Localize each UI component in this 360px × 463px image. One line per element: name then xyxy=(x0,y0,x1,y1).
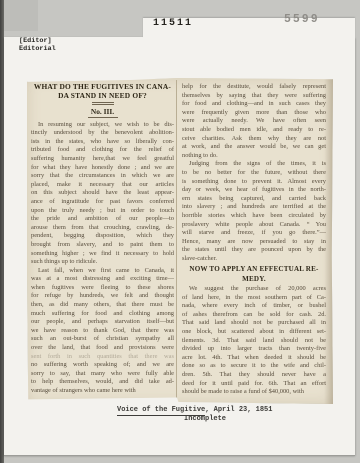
newsprint-line: divided up into larger tracts than twent… xyxy=(182,345,326,354)
newsprint-line: day or week, we hear of fugitives in the… xyxy=(182,186,326,195)
newsprint-line: suffering humanity here,that we feel gre… xyxy=(31,155,174,164)
newsprint-line: ern states being captured, and carried b… xyxy=(182,195,326,204)
ornament-rule-2 xyxy=(88,117,118,118)
newsprint-line: is something done to prevent it. Almost … xyxy=(182,178,326,187)
newsprint-line: tinctly understood by the benevolent abo… xyxy=(31,129,174,138)
newspaper-clipping: WHAT DO THE FUGITIVES IN CANA- DA STAND … xyxy=(27,78,333,404)
caption-date: , April 23, 1851 xyxy=(205,406,272,414)
newsprint-line: the states until they are pounced upon b… xyxy=(182,246,326,255)
caption-note: Incomplete xyxy=(184,415,272,424)
newsprint-line: upon the truly needy ; but in order to t… xyxy=(31,207,174,216)
page-bottom-edge xyxy=(4,455,355,456)
accession-stamp-gray: 5599 xyxy=(284,13,320,26)
newsprint-line: ance of ingratitude for past favors conf… xyxy=(31,198,174,207)
newsprint-line: slave-catcher. xyxy=(182,255,326,264)
newsprint-line: Hence, many are now persuaded to stay in xyxy=(182,238,326,247)
newsprint-line: tlements. 3d. That said land should not … xyxy=(182,337,326,346)
newsprint-line: nothing to do. xyxy=(182,152,326,161)
issue-number: No. III. xyxy=(31,107,174,116)
newsprint-line: help for the destitute, would falsely re… xyxy=(182,83,326,92)
newsprint-line: such an out-burst of christian sympathy … xyxy=(31,335,174,344)
newsprint-line: should be made to raise a fund of $40,00… xyxy=(182,388,326,397)
newsprint-line: were frequently given more than those wh… xyxy=(182,109,326,118)
newsprint-line: dren. 5th. That they should never have a xyxy=(182,371,326,380)
newsprint-line: acre lot. 4th. That when deeded it shoul… xyxy=(182,354,326,363)
editor-annotation: [Editor] Editorial xyxy=(19,38,56,53)
newsprint-line: nada, where every inch of timber, or bus… xyxy=(182,302,326,311)
ornament-rule xyxy=(92,102,114,105)
right-column: help for the destitute, would falsely re… xyxy=(182,83,326,397)
newsprint-line: vantage of strangers who came here with xyxy=(31,387,174,396)
right-column-lines-2: We suggest the purchase of 20,000 acreso… xyxy=(182,285,326,397)
left-column: WHAT DO THE FUGITIVES IN CANA- DA STAND … xyxy=(31,83,174,396)
newsprint-line: of ashes therefrom can be sold for cash.… xyxy=(182,311,326,320)
newsprint-line: Last fall, when we first came to Canada,… xyxy=(31,267,174,276)
subheading-line1: NOW TO APPLY AN EFFECTUAL RE- xyxy=(182,265,326,274)
newsprint-line: such things up to ridicule. xyxy=(31,258,174,267)
newsprint-line: for food and clothing—and in such cases … xyxy=(182,100,326,109)
newsprint-line: sorry to say, that many who were fully a… xyxy=(31,370,174,379)
newsprint-line: tributed food and clothing for the relie… xyxy=(31,146,174,155)
newsprint-line: of land here, in the most southern part … xyxy=(182,294,326,303)
newsprint-line: at work, and the answer would be, we can… xyxy=(182,143,326,152)
newsprint-line: In resuming our subject, we wish to be d… xyxy=(31,121,174,130)
newsprint-line: deed for it until paid for. 6th. That an… xyxy=(182,380,326,389)
newsprint-line: placed, make it necessary that our artic… xyxy=(31,181,174,190)
newsprint-line: proslavery white people about Canada. “ … xyxy=(182,221,326,230)
newsprint-line: brought from slavery, and to paint them … xyxy=(31,241,174,250)
newsprint-line: we have reason to thank God, that there … xyxy=(31,327,174,336)
newsprint-line: stout able bodied men idle, and ready to… xyxy=(182,126,326,135)
newsprint-line: to help themselves, would, and did take … xyxy=(31,378,174,387)
right-column-lines-1: help for the destitute, would falsely re… xyxy=(182,83,326,263)
newsprint-line: We suggest the purchase of 20,000 acres xyxy=(182,285,326,294)
subheading-line2: MEDY. xyxy=(182,275,326,284)
newsprint-line: to be no better for the future, without … xyxy=(182,169,326,178)
newsprint-line: done so as to secure it to the wife and … xyxy=(182,362,326,371)
newsprint-line: when fugitives were fleeing to these sho… xyxy=(31,284,174,293)
newsprint-line: no suffering worth speaking of; and we a… xyxy=(31,361,174,370)
newsprint-line: Judging from the signs of the times, it … xyxy=(182,160,326,169)
newsprint-line: pendent, begging disposition, which they xyxy=(31,232,174,241)
newsprint-line: on this subject should have the least ap… xyxy=(31,189,174,198)
column-rule xyxy=(176,80,177,398)
newsprint-line: our people, and perhaps starvation itsel… xyxy=(31,318,174,327)
newsprint-line: sorry that the circumstances in which we… xyxy=(31,172,174,181)
caption-citation: Voice of the Fugitive, April 23, 1851 xyxy=(117,406,272,415)
scan-corner-shade xyxy=(4,0,38,31)
newsprint-line: ists in the states, who have so liberall… xyxy=(31,138,174,147)
newsprint-line: the pride and ambition of our people—to xyxy=(31,215,174,224)
newsprint-line: will starve and freeze, if you go there.… xyxy=(182,229,326,238)
newsprint-line: horrible stories which have been circula… xyxy=(182,212,326,221)
newsprint-line: then, as did many others, that there mus… xyxy=(31,301,174,310)
newsprint-line: over the land, that food and provisions … xyxy=(31,344,174,353)
newsprint-line: for what they have honestly done ; and w… xyxy=(31,164,174,173)
newsprint-line: into slavery ; and hundreds are terrifie… xyxy=(182,203,326,212)
newsprint-line: one block, but scattered about in differ… xyxy=(182,328,326,337)
newsprint-line: That said land should not be purchased a… xyxy=(182,319,326,328)
newsprint-line: sent forth in such quantities that there… xyxy=(31,353,174,362)
newsprint-line: for refuge by hundreds, we felt and thou… xyxy=(31,292,174,301)
newsprint-line: was at a most distressing and exciting t… xyxy=(31,275,174,284)
newsprint-line: something higher ; we find it necessary … xyxy=(31,250,174,259)
scanned-document: 11511 5599 [Editor] Editorial WHAT DO TH… xyxy=(0,0,360,463)
newsprint-line: much suffering for food and clothing amo… xyxy=(31,310,174,319)
newsprint-line: themselves by saying that they were suff… xyxy=(182,92,326,101)
newsprint-line: arouse them from that crouching, crawlin… xyxy=(31,224,174,233)
newsprint-line: ceive charities. Ask them why they are n… xyxy=(182,135,326,144)
archival-caption: Voice of the Fugitive, April 23, 1851 In… xyxy=(117,406,272,424)
newsprint-line: were actually needy. We have often seen xyxy=(182,117,326,126)
left-column-lines: In resuming our subject, we wish to be d… xyxy=(31,121,174,396)
accession-stamp-black: 11511 xyxy=(153,18,193,29)
article-title-line2: DA STAND IN NEED OF? xyxy=(31,92,174,101)
